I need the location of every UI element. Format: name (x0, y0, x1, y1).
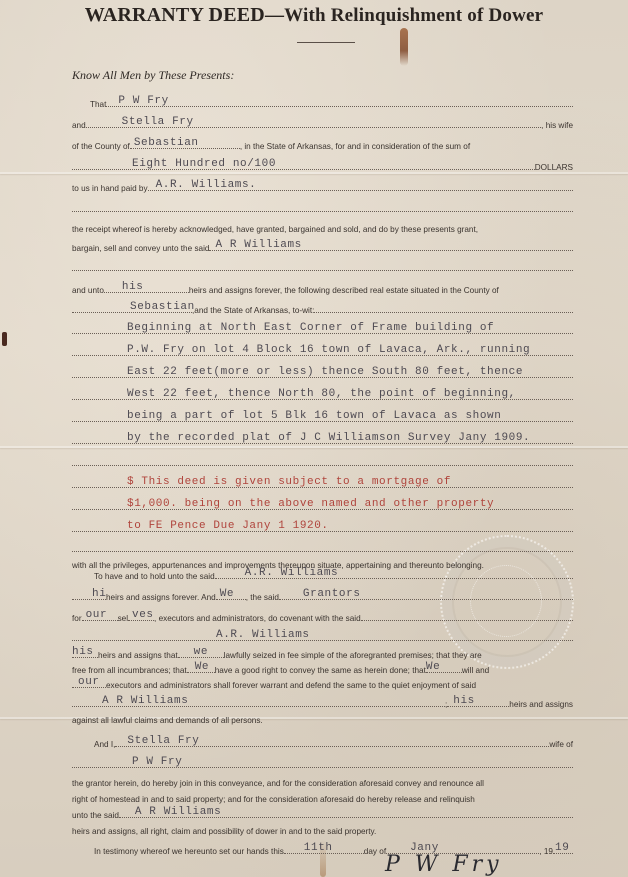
line-paid-by: to us in hand paid by A.R. Williams. (72, 180, 573, 194)
label: have a good right to convey the same as … (215, 666, 426, 676)
description-line: by the recorded plat of J C Williamson S… (72, 433, 573, 447)
label: heirs and assigns that (98, 651, 178, 661)
field-grantee[interactable]: A R Williams (209, 250, 573, 251)
mortgage-field[interactable]: to FE Pence Due Jany 1 1920. (72, 531, 573, 532)
line-for-ourselves: for our sel ves , executors and administ… (72, 610, 573, 624)
label: to us in hand paid by (72, 184, 148, 194)
label: DOLLARS (535, 163, 573, 173)
day-value: 11th (304, 842, 333, 854)
mortgage-line: $ This deed is given subject to a mortga… (72, 477, 573, 491)
field-we4[interactable]: We (426, 672, 462, 673)
signature: P W Fry (385, 852, 503, 877)
label: and (72, 121, 86, 131)
label: the receipt whereof is hereby acknowledg… (72, 225, 478, 235)
label: lawfully seized in fee simple of the afo… (224, 651, 482, 661)
description-line: being a part of lot 5 Blk 16 town of Lav… (72, 411, 573, 425)
label: And I, (72, 740, 115, 750)
to-have-value: A.R. Williams (245, 567, 339, 579)
field-grantor[interactable]: P W Fry (106, 106, 573, 107)
sum-value: Eight Hundred no/100 (132, 158, 276, 170)
blank-field[interactable] (72, 551, 573, 552)
title-sub: —With Relinquishment of Dower (265, 5, 543, 26)
line-against: against all lawful claims and demands of… (72, 712, 573, 726)
grantee-value: A R Williams (215, 239, 301, 251)
grantor-value: P W Fry (118, 95, 168, 107)
line-blank (72, 260, 573, 274)
line-county: of the County of Sebastian , in the Stat… (72, 138, 573, 152)
line-blank (72, 541, 573, 555)
field-paid-by[interactable]: A.R. Williams. (148, 190, 573, 191)
description-field[interactable]: Beginning at North East Corner of Frame … (72, 333, 573, 334)
description-text: West 22 feet, thence North 80, the point… (127, 388, 516, 400)
mortgage-line: to FE Pence Due Jany 1 1920. (72, 521, 573, 535)
label: , his wife (541, 121, 573, 131)
line-and-i: And I, Stella Fry wife of (72, 736, 573, 750)
field-county2[interactable]: Sebastian (72, 312, 192, 313)
grantor-wife-value: Stella Fry (122, 116, 194, 128)
description-line: West 22 feet, thence North 80, the point… (72, 389, 573, 403)
field-sum[interactable]: Eight Hundred no/100 (72, 169, 535, 170)
title-rule (297, 42, 355, 43)
label: , executors and administrators, do coven… (154, 614, 361, 624)
field-his2[interactable]: his (447, 706, 509, 707)
field-ves[interactable]: ves (128, 620, 154, 621)
field-warrant-to[interactable]: A R Williams (72, 706, 445, 707)
line-heirs-forever: hi heirs and assigns forever. And We , t… (72, 589, 573, 603)
label: will and (462, 666, 489, 676)
label: day of (364, 847, 386, 857)
line-blank (72, 201, 573, 215)
line-heirs-that: his heirs and assigns that we lawfully s… (72, 647, 573, 661)
field-his1[interactable]: his (72, 657, 98, 658)
label: , in the State of Arkansas, for and in c… (240, 142, 470, 152)
we3-value: We (195, 661, 209, 673)
label: wife of (549, 740, 573, 750)
label: the grantor herein, do hereby join in th… (72, 779, 484, 789)
husband-value: P W Fry (132, 756, 182, 768)
label: , the said (246, 593, 279, 603)
mortgage-text: $ This deed is given subject to a mortga… (127, 476, 451, 488)
mortgage-field[interactable]: $ This deed is given subject to a mortga… (72, 487, 573, 488)
line-county2: Sebastian ,and the State of Arkansas, to… (72, 302, 573, 316)
covenant-value: A.R. Williams (216, 629, 310, 641)
we4-value: We (426, 661, 440, 673)
field-our2[interactable]: our (72, 687, 106, 688)
line-warrant: our executors and administrators shall f… (72, 677, 573, 691)
rust-stain (400, 28, 408, 66)
line-covenant: A.R. Williams (72, 630, 573, 644)
his2-value: his (453, 695, 475, 707)
paid-by-value: A.R. Williams. (156, 179, 257, 191)
description-line: P.W. Fry on lot 4 Block 16 town of Lavac… (72, 345, 573, 359)
field-grantors[interactable]: Grantors (279, 599, 573, 600)
description-text: Beginning at North East Corner of Frame … (127, 322, 494, 334)
and-unto-value: his (122, 281, 144, 293)
label: and unto (72, 286, 104, 296)
field-covenant[interactable]: A.R. Williams (72, 640, 573, 641)
blank-field[interactable] (72, 465, 573, 466)
label: of the County of (72, 142, 130, 152)
label: free from all incumbrances; that (72, 666, 187, 676)
line-warrant-to: A R Williams ; his heirs and assigns (72, 696, 573, 710)
title-main: WARRANTY DEED (85, 4, 265, 26)
label: heirs and assigns forever, the following… (189, 286, 499, 296)
our2-value: our (78, 676, 100, 688)
label: ; (445, 700, 447, 710)
label: heirs and assigns, all right, claim and … (72, 827, 376, 837)
line-homestead: right of homestead in and to said proper… (72, 791, 573, 805)
line-husband: P W Fry (72, 757, 573, 771)
mortgage-field[interactable]: $1,000. being on the above named and oth… (72, 509, 573, 510)
line-wife: and Stella Fry , his wife (72, 117, 573, 131)
deed-paper: WARRANTY DEED—With Relinquishment of Dow… (0, 0, 628, 877)
unto-said-value: A R Williams (135, 806, 221, 818)
label: bargain, sell and convey unto the said (72, 244, 209, 254)
ves-value: ves (132, 609, 154, 621)
blank-field[interactable] (72, 211, 573, 212)
field-day[interactable]: 11th (284, 853, 364, 854)
line-grantor-herein: the grantor herein, do hereby join in th… (72, 775, 573, 789)
description-text: East 22 feet(more or less) thence South … (127, 366, 523, 378)
description-field[interactable]: P.W. Fry on lot 4 Block 16 town of Lavac… (72, 355, 573, 356)
line-sum: Eight Hundred no/100 DOLLARS (72, 159, 573, 173)
field-we2[interactable]: we (178, 657, 224, 658)
line-grantor: That P W Fry (72, 96, 573, 110)
line-grantee: bargain, sell and convey unto the said A… (72, 240, 573, 254)
grantors-value: Grantors (303, 588, 361, 600)
line-unto-said: unto the said A R Williams (72, 807, 573, 821)
label: for (72, 614, 82, 624)
line-receipt: the receipt whereof is hereby acknowledg… (72, 221, 573, 235)
document-title: WARRANTY DEED—With Relinquishment of Dow… (0, 4, 628, 27)
hi-value: hi (92, 588, 106, 600)
description-text: being a part of lot 5 Blk 16 town of Lav… (127, 410, 501, 422)
label: heirs and assigns (509, 700, 573, 710)
description-field[interactable]: by the recorded plat of J C Williamson S… (72, 443, 573, 444)
we2-value: we (194, 646, 208, 658)
field-our1[interactable]: our (82, 620, 118, 621)
field-we1[interactable]: We (216, 599, 246, 600)
label: In testimony whereof we hereunto set our… (72, 847, 284, 857)
description-field[interactable]: East 22 feet(more or less) thence South … (72, 377, 573, 378)
label: against all lawful claims and demands of… (72, 716, 263, 726)
line-dower: heirs and assigns, all right, claim and … (72, 823, 573, 837)
intro-text: Know All Men by These Presents: (72, 68, 234, 83)
his1-value: his (72, 646, 94, 658)
field-unto-said[interactable]: A R Williams (119, 817, 573, 818)
label: heirs and assigns forever. And (106, 593, 216, 603)
field-and-i[interactable]: Stella Fry (115, 746, 549, 747)
field-and-unto[interactable]: his (104, 292, 189, 293)
line-and-unto: and unto his heirs and assigns forever, … (72, 282, 573, 296)
label: To have and to hold unto the said (72, 572, 215, 582)
label: , 19 (539, 847, 553, 857)
field-husband[interactable]: P W Fry (72, 767, 573, 768)
warrant-value: A R Williams (102, 695, 188, 707)
field-hi[interactable]: hi (72, 599, 106, 600)
field-county[interactable]: Sebastian (130, 148, 240, 149)
label: right of homestead in and to said proper… (72, 795, 475, 805)
description-field[interactable]: being a part of lot 5 Blk 16 town of Lav… (72, 421, 573, 422)
field-year[interactable]: 19 (553, 853, 573, 854)
line-free-from: free from all incumbrances; that We have… (72, 662, 573, 676)
description-line: Beginning at North East Corner of Frame … (72, 323, 573, 337)
label: executors and administrators shall forev… (106, 681, 476, 691)
description-field[interactable]: West 22 feet, thence North 80, the point… (72, 399, 573, 400)
label: unto the said (72, 811, 119, 821)
we1-value: We (220, 588, 234, 600)
county-value: Sebastian (134, 137, 199, 149)
field-we3[interactable]: We (187, 672, 215, 673)
mortgage-line: $1,000. being on the above named and oth… (72, 499, 573, 513)
label: That (72, 100, 106, 110)
and-i-value: Stella Fry (127, 735, 199, 747)
field-grantor-wife[interactable]: Stella Fry (86, 127, 541, 128)
blank-field[interactable] (72, 270, 573, 271)
county2-value: Sebastian (130, 301, 195, 313)
mortgage-text: $1,000. being on the above named and oth… (127, 498, 494, 510)
year-value: 19 (555, 842, 569, 854)
blank-field[interactable] (314, 312, 573, 313)
our1-value: our (86, 609, 108, 621)
line-to-have: To have and to hold unto the said A.R. W… (72, 568, 573, 582)
label: ,and the State of Arkansas, to-wit: (192, 306, 314, 316)
blank-field[interactable] (361, 620, 573, 621)
mortgage-text: to FE Pence Due Jany 1 1920. (127, 520, 329, 532)
description-line: East 22 feet(more or less) thence South … (72, 367, 573, 381)
label: sel (118, 614, 128, 624)
description-text: P.W. Fry on lot 4 Block 16 town of Lavac… (127, 344, 530, 356)
ink-spot (2, 332, 7, 346)
field-to-have[interactable]: A.R. Williams (215, 578, 573, 579)
description-text: by the recorded plat of J C Williamson S… (127, 432, 530, 444)
line-blank (72, 455, 573, 469)
